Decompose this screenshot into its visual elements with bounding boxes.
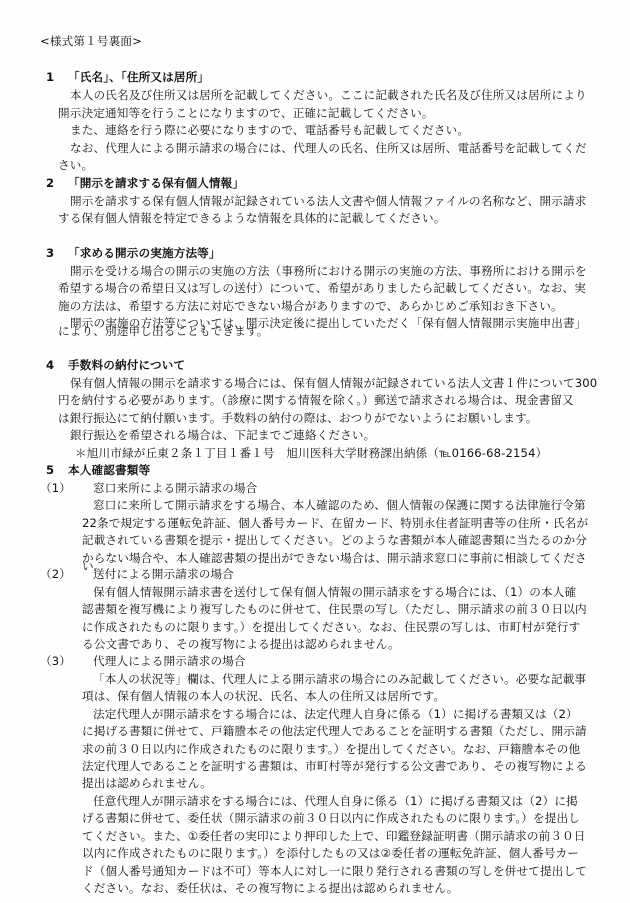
subsection-2-line: る公文書であり、その複写物による提出は認められません。 [82,636,400,654]
section-3-line: により、別途申し出ることもできます。 [58,323,268,341]
subsection-3-line: 法定代理人が開示請求をする場合には、法定代理人自身に係る（1）に掲げる書類又は（… [93,706,578,724]
section-1-line: また、連絡を行う際に必要になりますので、電話番号も記載してください。 [70,122,469,140]
section-1-line: 開示決定通知等を行うことになりますので、正確に記載してください。 [58,105,434,123]
section-3-line: 施の方法は、希望する方法に対応できない場合がありますので、あらかじめご承知おき下… [58,298,563,316]
subsection-3-line: 法定代理人であることを証明する書類は、市町村等が発行する公文書であり、その複写物… [82,758,587,776]
section-5-title: 本人確認書類等 [68,462,150,480]
subsection-2-line: に作成されたものに限ります。）を提出してください。なお、住民票の写しは、市町村が… [82,619,580,637]
section-2-title: 「開示を請求する保有個人情報」 [68,175,244,193]
section-3-title: 「求める開示の実施方法等」 [68,245,221,263]
section-4-number: 4 [46,357,54,375]
section-4-address: ＊旭川市緑が丘東２条１丁目１番１号 旭川医科大学財務課出納係（℡0166-68-… [75,445,547,463]
subsection-1-line: 記載されている書類を提示・提出してください。どのような書類が本人確認書類に当たる… [82,532,587,550]
subsection-1-number: （1） [40,480,71,498]
section-4-title: 手数料の納付について [68,357,185,375]
section-4-line: 円を納付する必要があります。（診療に関する情報を除く。）郵送で請求される場合は、… [58,392,574,410]
subsection-3-line: 以内に作成されたものに限ります。）を添付したもの又は②委任者の運転免許証、個人番… [82,845,579,863]
section-3-number: 3 [46,245,54,263]
subsection-1-line: からない場合や、本人確認書類の提出ができない場合は、開示請求窓口に事前に相談して… [82,550,587,568]
subsection-3-line: げる書類に併せて、委任状（開示請求の前３０日以内に作成されたものに限ります。）を… [82,810,580,828]
subsection-3-line: ド（個人番号通知カードは不可）等本人に対し一に限り発行される書類の写しを併せて提… [82,863,587,881]
subsection-3-line: 提出は認められません。 [82,775,212,793]
subsection-3-line: 任意代理人が開示請求をする場合には、代理人自身に係る（1）に掲げる書類又は（2）… [93,793,578,811]
section-3-line: 開示を受ける場合の開示の実施の方法（事務所における開示の実施の方法、事務所におけ… [70,263,587,281]
section-3-line: 希望する場合の希望日又は写しの送付）について、希望がありましたら記載してください… [58,280,586,298]
subsection-3-title: 代理人による開示請求の場合 [93,653,246,671]
section-1-line: なお、代理人による開示請求の場合には、代理人の氏名、住所又は居所、電話番号を記載… [70,140,587,158]
section-2-line: する保有個人情報を特定できるような情報を具体的に記載してください。 [58,210,446,228]
subsection-2-title: 送付による開示請求の場合 [93,566,234,584]
section-4-line: 保有個人情報の開示を請求する場合には、保有個人情報が記録されている法人文書１件に… [70,375,597,393]
subsection-3-line: ください。なお、委任状は、その複写物による提出は認められません。 [82,880,459,898]
section-1-number: 1 [46,69,54,87]
section-1-line: 本人の氏名及び住所又は居所を記載してください。ここに記載された氏名及び住所又は居… [70,87,587,105]
section-4-line: 銀行振込を希望される場合は、下記までご連絡ください。 [70,427,375,445]
subsection-3-number: （3） [40,653,71,671]
subsection-3-line: 求の前３０日以内に作成されたものに限ります。）を提出してください。なお、戸籍謄本… [82,741,580,759]
subsection-2-line: 保有個人情報開示請求書を送付して保有個人情報の開示請求をする場合には、（1）の本… [93,584,576,602]
subsection-2-number: （2） [40,566,71,584]
section-4-line: は銀行振込にて納付願います。手数料の納付の際は、おつりがでないようにお願いします… [58,410,538,428]
section-5-number: 5 [46,462,54,480]
subsection-3-line: 「本人の状況等」欄は、代理人による開示請求の場合にのみ記載してください。必要な記… [93,671,586,689]
section-2-line: 開示を請求する保有個人情報が記録されている法人文書や個人情報ファイルの名称など、… [70,193,587,211]
subsection-3-line: 項は、保有個人情報の本人の状況、氏名、本人の住所又は居所です。 [82,688,445,706]
subsection-1-line: 窓口に来所して開示請求をする場合、本人確認のため、個人情報の保護に関する法律施行… [93,497,586,515]
section-1-title: 「氏名」、「住所又は居所」 [68,69,209,87]
subsection-1-line: 22条で規定する運転免許証、個人番号カード、在留カード、特別永住者証明書等の住所… [82,515,588,533]
form-label: <様式第１号裏面> [40,33,142,51]
section-2-number: 2 [46,175,54,193]
subsection-2-line: 認書類を複写機により複写したものに併せて、住民票の写し（ただし、開示請求の前３０… [82,601,587,619]
subsection-3-line: てください。また、①委任者の実印により押印した上で、印鑑登録証明書（開示請求の前… [82,828,586,846]
section-1-line: さい。 [58,157,93,175]
subsection-1-title: 窓口来所による開示請求の場合 [93,480,257,498]
subsection-3-line: に掲げる書類に併せて、戸籍謄本その他法定代理人であることを証明する書類（ただし、… [82,723,587,741]
